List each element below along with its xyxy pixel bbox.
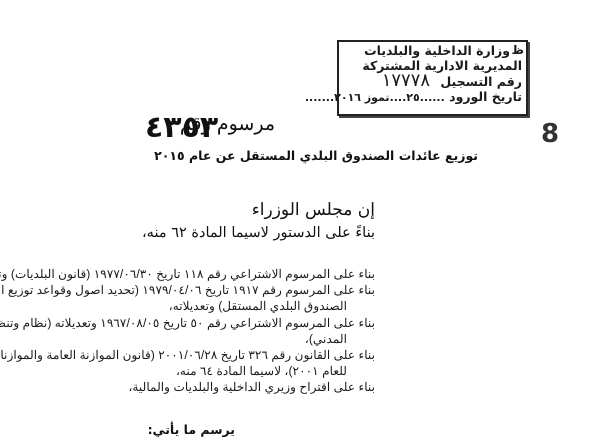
council-heading: إن مجلس الوزراء [252,200,375,220]
clause-line: بناء على القانون رقم ٣٢٦ تاريخ ٢٠٠١/٠٦/٢… [0,348,375,362]
registration-stamp: ظ وزارة الداخلية والبلديات المديرية الاد… [337,40,528,116]
clause-continuation: للعام ٢٠٠١)، لاسيما المادة ٦٤ منه، [0,363,375,379]
clause-line: بناء على اقتراح وزيري الداخلية والبلديات… [128,380,375,394]
stamp-registration-line: رقم التسجيل ١٧٧٧٨ [343,73,522,89]
stamp-ministry: وزارة الداخلية والبلديات [364,43,510,58]
clause-item: بناء على المرسوم الاشتراعي رقم ٥٠ تاريخ … [0,315,375,347]
stamp-directorate: المديرية الادارية المشتركة [343,58,522,73]
margin-mark: 8 [541,122,559,146]
clause-item: بناء على المرسوم الاشتراعي رقم ١١٨ تاريخ… [0,266,375,282]
clause-continuation: المدني)، [0,331,375,347]
clause-item: بناء على القانون رقم ٣٢٦ تاريخ ٢٠٠١/٠٦/٢… [0,347,375,379]
stamp-arrival-date: ......٢٥....تموز ٢٠١٦....... [305,91,445,104]
stamp-arrival-line: تاريخ الورود ......٢٥....تموز ٢٠١٦......… [343,89,522,105]
stamp-corner-mark: ظ [512,43,524,58]
decree-subject: توزيع عائدات الصندوق البلدي المستقل عن ع… [154,148,478,163]
decrees-heading: يرسم ما يأتي: [148,422,235,437]
clause-item: بناء على المرسوم رقم ١٩١٧ تاريخ ١٩٧٩/٠٤/… [0,282,375,314]
legal-basis-clauses: بناء على المرسوم الاشتراعي رقم ١١٨ تاريخ… [0,266,375,396]
constitution-clause: بناءً على الدستور لاسيما المادة ٦٢ منه، [142,225,375,241]
decree-number: ٤٣٥٣ [145,110,218,145]
clause-item: بناء على اقتراح وزيري الداخلية والبلديات… [0,379,375,395]
clause-continuation: الصندوق البلدي المستقل) وتعديلاته، [0,298,375,314]
stamp-ministry-line: ظ وزارة الداخلية والبلديات [343,43,522,58]
stamp-arrival-label: تاريخ الورود [449,89,522,104]
clause-line: بناء على المرسوم الاشتراعي رقم ٥٠ تاريخ … [0,316,375,330]
stamp-registration-label: رقم التسجيل [440,74,522,89]
clause-line: بناء على المرسوم الاشتراعي رقم ١١٨ تاريخ… [0,267,375,281]
stamp-registration-number: ١٧٧٧٨ [382,70,430,91]
clause-line: بناء على المرسوم رقم ١٩١٧ تاريخ ١٩٧٩/٠٤/… [0,283,375,297]
